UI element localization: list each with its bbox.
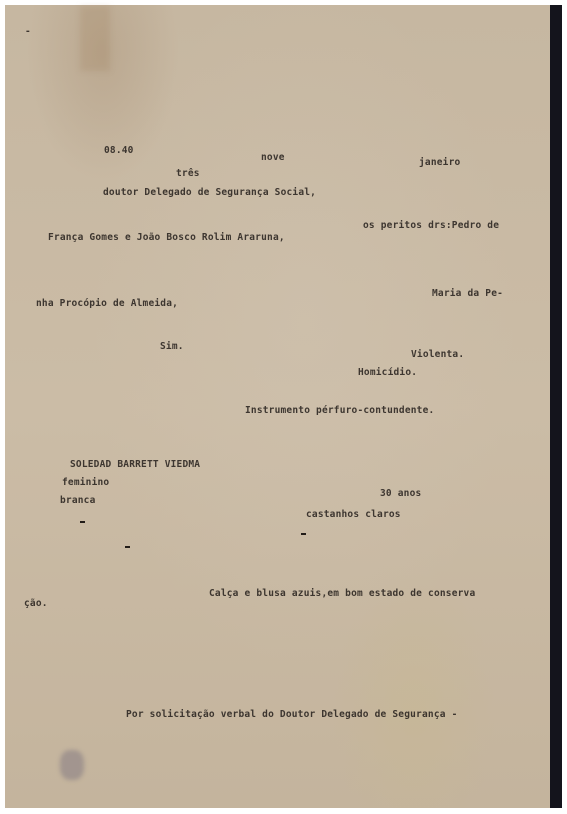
corner-mark: - — [25, 26, 31, 37]
year-field: três — [176, 168, 200, 179]
fold-stain — [80, 6, 110, 71]
blank-dash-1 — [80, 521, 85, 523]
experts-intro: os peritos drs:Pedro de — [363, 220, 499, 231]
hair-field: castanhos claros — [306, 509, 401, 520]
request-line: Por solicitação verbal do Doutor Delegad… — [126, 709, 458, 720]
experts-names: França Gomes e João Bosco Rolim Araruna, — [48, 232, 285, 243]
time-field: 08.40 — [104, 145, 134, 156]
day-field: nove — [261, 152, 285, 163]
ink-stain — [60, 750, 84, 780]
blank-dash-2 — [301, 533, 306, 535]
answer-yes: Sim. — [160, 341, 184, 352]
instrument-field: Instrumento pérfuro-contundente. — [245, 405, 434, 416]
death-type: Violenta. — [411, 349, 464, 360]
month-field: janeiro — [419, 157, 460, 168]
subject-name-part2: nha Procópio de Almeida, — [36, 298, 178, 309]
cause-field: Homicídio. — [358, 367, 417, 378]
victim-name: SOLEDAD BARRETT VIEDMA — [70, 459, 200, 470]
sex-field: feminino — [62, 477, 109, 488]
clothing-end: ção. — [24, 598, 48, 609]
blank-dash-3 — [125, 546, 130, 548]
clothing-field: Calça e blusa azuis,em bom estado de con… — [209, 588, 475, 599]
age-field: 30 anos — [380, 488, 421, 499]
subject-name-part1: Maria da Pe- — [432, 288, 503, 299]
scan-edge — [550, 5, 562, 808]
color-field: branca — [60, 495, 96, 506]
authority-field: doutor Delegado de Segurança Social, — [103, 187, 316, 198]
